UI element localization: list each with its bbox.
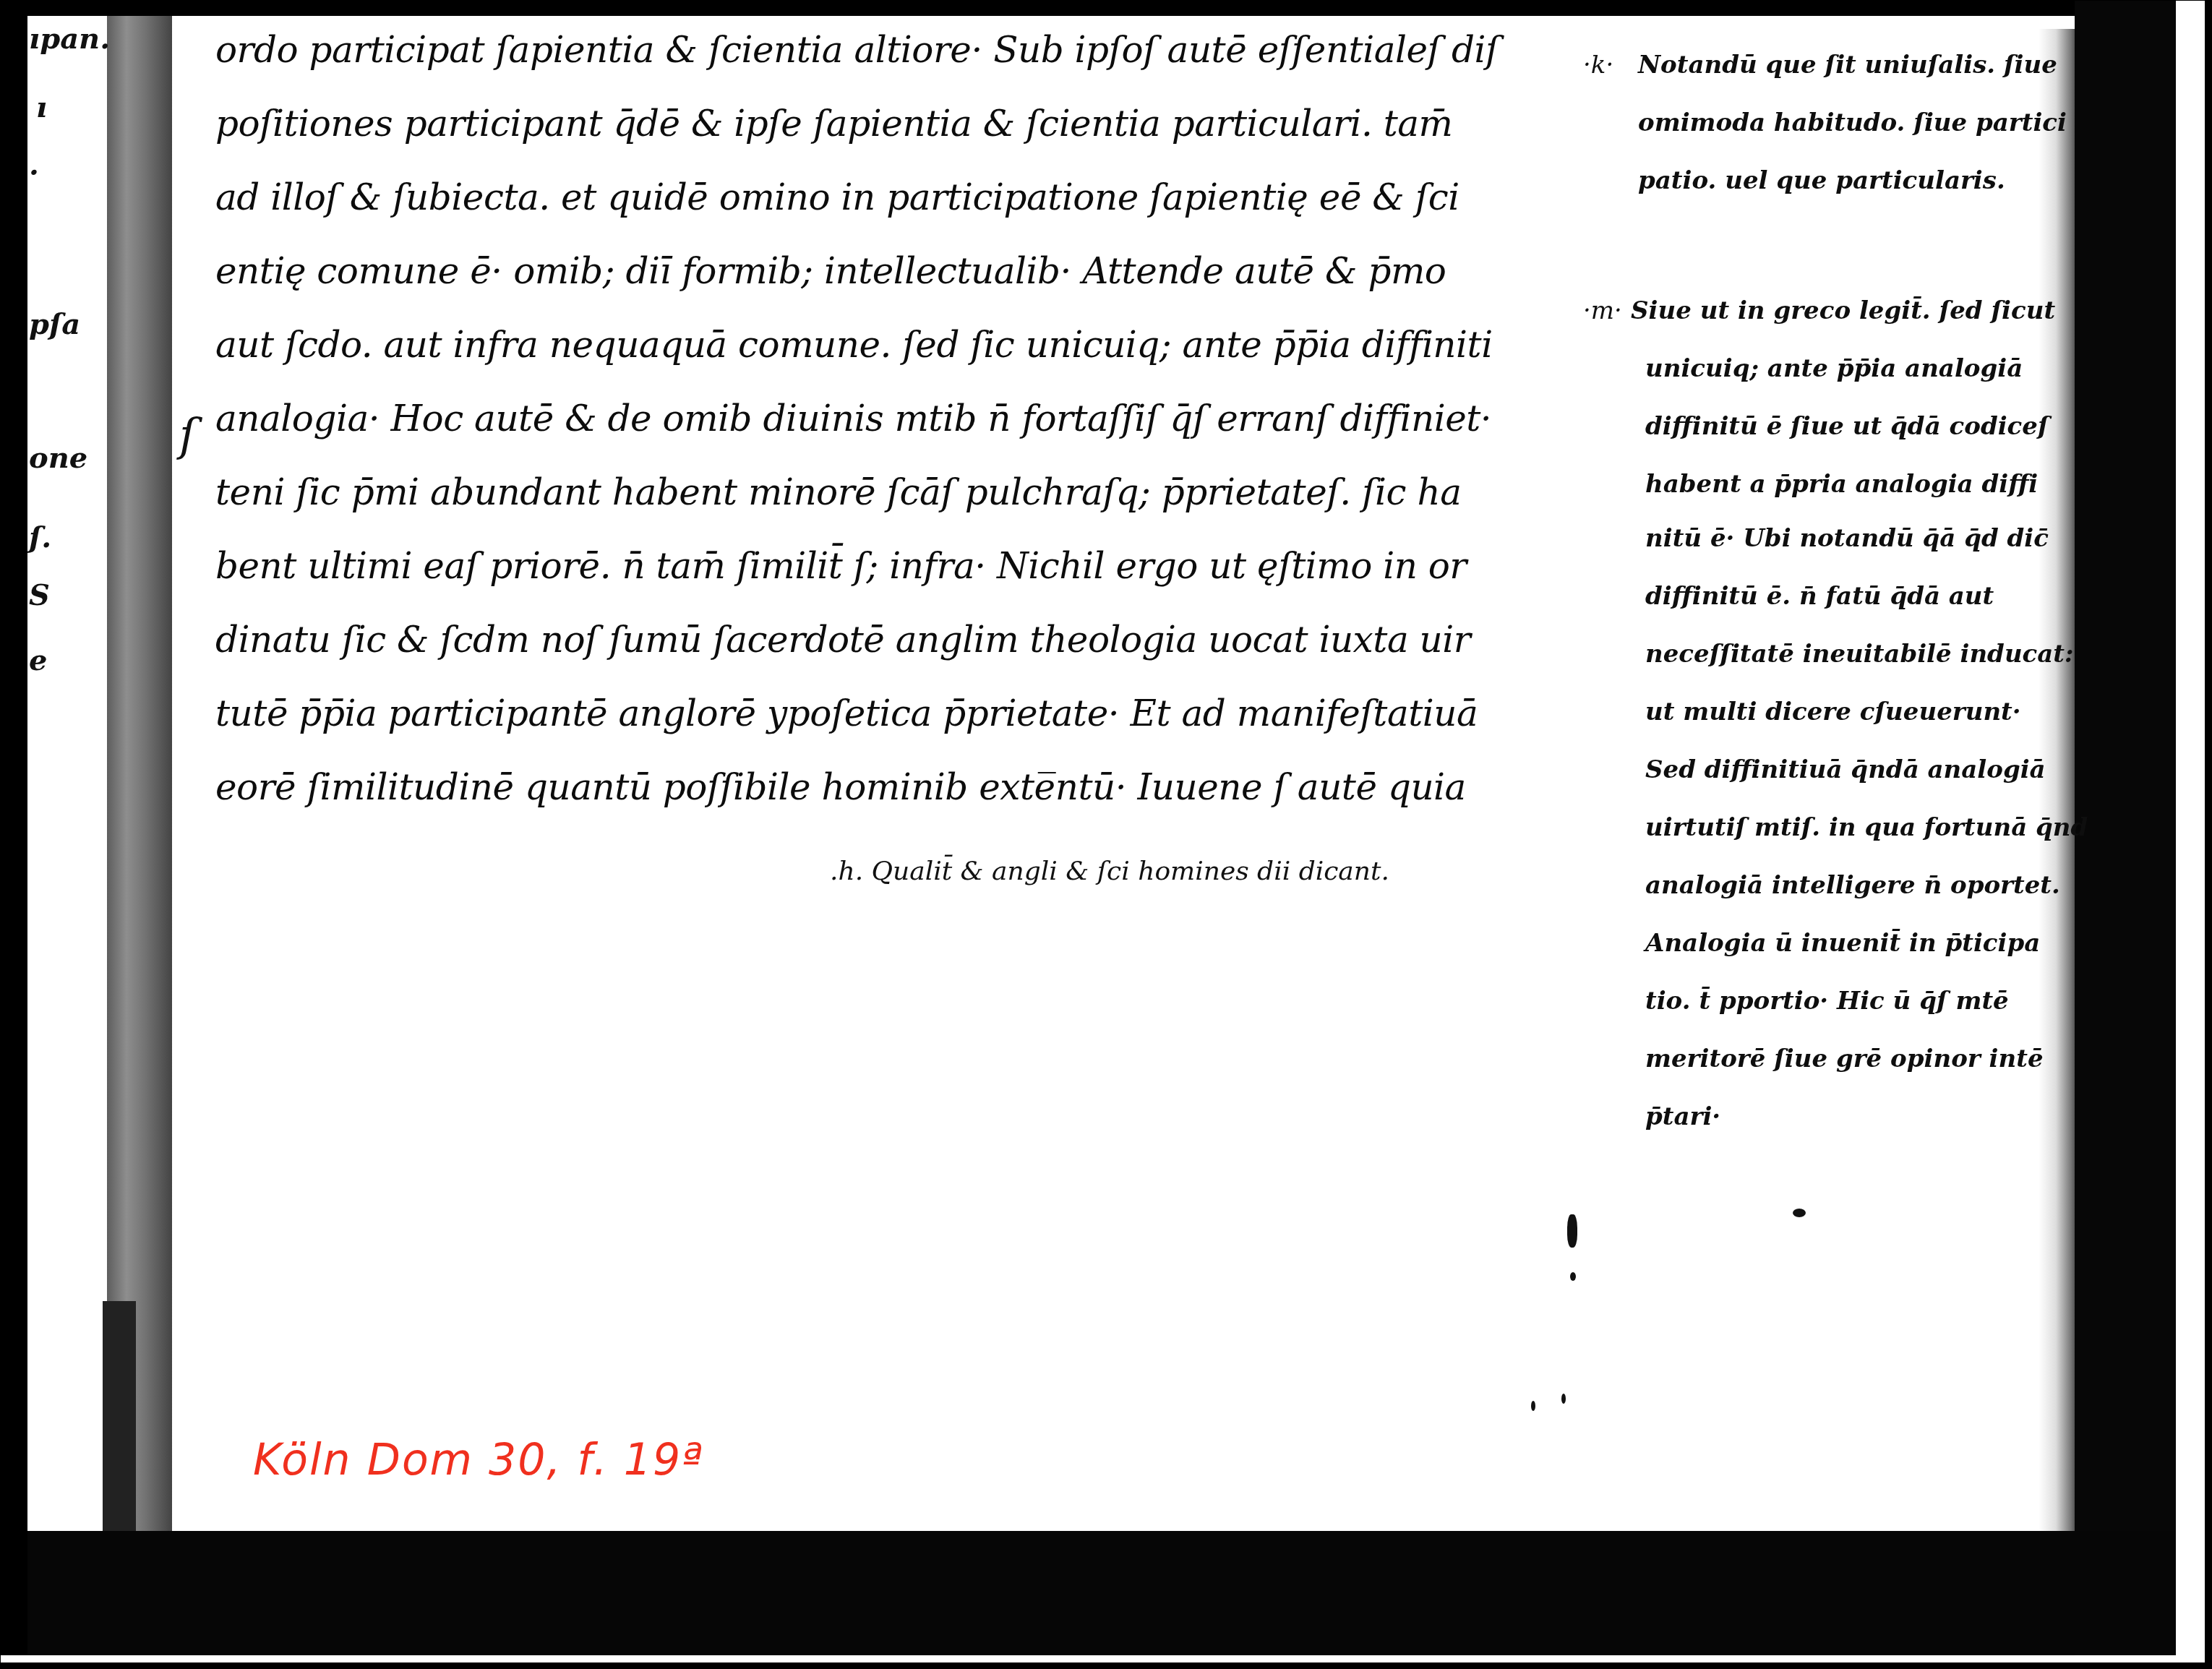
text-line: dinatu ſic & ſcdm noſ ſumū ſacerdotē ang…	[215, 619, 1470, 661]
gloss-line: diffinitū ē. n̄ fatū q̄dā aut	[1645, 582, 1994, 611]
text-line: ordo participat ſapientia & ſcientia alt…	[215, 29, 1499, 71]
scan-border-bottom	[27, 1531, 2178, 1654]
text-line: entię comune ē· omib; diī formib; intell…	[215, 250, 1446, 292]
gloss-line: meritorē ſiue grē opinor intē	[1645, 1044, 2044, 1073]
ink-blot	[1561, 1394, 1566, 1404]
fragment: ıpan.	[29, 22, 110, 56]
fragment: ſ.	[29, 520, 51, 554]
fragment: e	[29, 643, 47, 677]
gloss-line: neceſſitatē ineuitabilē inducat:	[1645, 640, 2074, 669]
fragment: one	[29, 441, 87, 475]
text-line: eorē ſimilitudinē quantū poſſibile homin…	[215, 766, 1466, 808]
gloss-line: habent a p̄pria analogia diffi	[1645, 470, 2038, 499]
ink-blot	[1793, 1209, 1806, 1217]
gloss-line: diffinitū ē ſiue ut q̄dā codiceſ	[1645, 412, 2049, 441]
gloss-line: unicuiq; ante p̄p̄ia analogiā	[1645, 354, 2023, 383]
text-line: teni ſic p̄mi abundant habent minorē ſcā…	[215, 471, 1461, 513]
gloss-line: Notandū que ſit uniuſalis. ſiue	[1638, 51, 2057, 80]
fragment: ı	[36, 90, 47, 124]
fragment: ·	[29, 155, 39, 189]
text-line: ad illoſ & ſubiecta. et quidē omino in p…	[215, 176, 1459, 218]
ink-blot	[1567, 1214, 1577, 1248]
text-line: bent ultimi eaſ priorē. n̄ tam̄ ſimilit̄…	[215, 545, 1467, 587]
text-line: aut ſcdo. aut infra nequaquā comune. ſed…	[215, 324, 1493, 366]
shelfmark-annotation: Köln Dom 30, f. 19ª	[253, 1435, 703, 1485]
frame-edge-right	[2205, 0, 2212, 1669]
frame-edge-bottom	[0, 1662, 2212, 1669]
fragment: pſa	[29, 307, 80, 341]
ink-blot	[1570, 1272, 1576, 1281]
gloss-line: tio. t̄ pportio· Hic ū q̄ſ mtē	[1645, 987, 2009, 1016]
gloss-key-k: ·k·	[1583, 51, 1613, 80]
gloss-line: analogiā intelligere n̄ oportet.	[1645, 871, 2060, 900]
text-line: poſitiones participant q̄dē & ipſe ſapie…	[215, 103, 1453, 145]
gloss-line: ut multi dicere cſueuerunt·	[1645, 698, 2021, 726]
paragraph-mark: ſ	[179, 408, 196, 461]
gloss-key-m: ·m·	[1583, 296, 1622, 325]
text-line: tutē p̄p̄ia participantē anglorē ypoſeti…	[215, 692, 1478, 734]
gloss-line: uirtutiſ mtiſ. in qua fortunā q̄nd	[1645, 813, 2088, 842]
gloss-line: Sed diffinitiuā q̄ndā analogiā	[1645, 755, 2046, 784]
ink-blot	[1531, 1401, 1535, 1411]
gloss-line: omimoda habitudo. ſiue partici	[1638, 108, 2067, 137]
gloss-line: p̄tari·	[1645, 1102, 1720, 1131]
gloss-line: nitū ē· Ubi notandū q̄ā q̄d dic̄	[1645, 524, 2049, 553]
gloss-line: Siue ut in greco legit̄. ſed ſicut	[1631, 296, 2055, 325]
gutter-foot-shadow	[103, 1301, 136, 1532]
scan-border-right	[2075, 0, 2176, 1655]
gloss-line: Analogia ū inuenit̄ in p̄ticipa	[1645, 929, 2040, 958]
fragment: S	[29, 578, 50, 612]
footnote-h: .h. Qualit̄ & angli & ſci homines dii di…	[830, 857, 1389, 886]
text-line: analogia· Hoc autē & de omib diuinis mti…	[215, 398, 1491, 439]
gloss-line: patio. uel que particularis.	[1638, 166, 2005, 195]
